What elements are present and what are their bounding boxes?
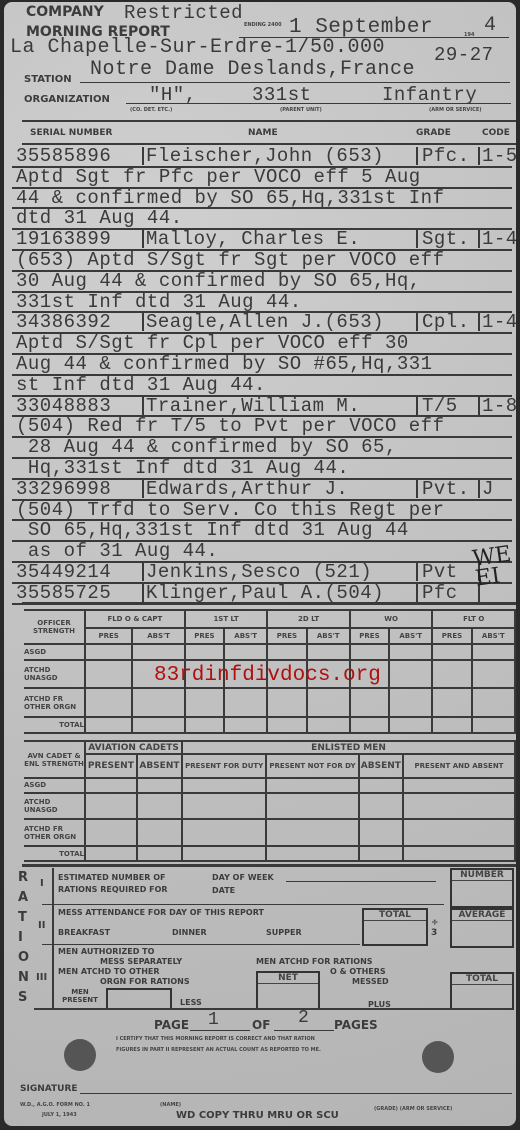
remark-line: Aptd S/Sgt fr Cpl per VOCO eff 30	[12, 332, 512, 355]
col-code: CODE	[482, 128, 510, 138]
grade: Pfc.	[422, 145, 470, 167]
group-1st-lt: 1ST LT	[185, 610, 268, 628]
remark-text: 44 & confirmed by SO 65,Hq,331st Inf	[16, 187, 444, 209]
men-atchd-for-rations-label: MEN ATCHD FOR RATIONS	[256, 957, 373, 966]
ending-label: ENDING 2400	[244, 22, 282, 28]
number-box[interactable]: NUMBER	[450, 868, 514, 908]
section-i: I	[40, 878, 44, 889]
col-name: NAME	[248, 128, 278, 138]
station-label: STATION	[24, 74, 72, 85]
col-absent-enl: ABSENT	[359, 754, 403, 778]
remark-text: as of 31 Aug 44.	[16, 540, 218, 562]
soldier-name: Klinger,Paul A.(504)	[146, 582, 384, 604]
map-coordinates: 29-27	[434, 44, 494, 66]
of-label: OF	[252, 1018, 270, 1032]
remark-text: Aptd S/Sgt fr Cpl per VOCO eff 30	[16, 332, 409, 354]
subcol-abst: ABS'T	[472, 628, 515, 644]
soldier-name: Trainer,William M.	[146, 395, 360, 417]
grade: Pvt.	[422, 478, 470, 500]
average-box[interactable]: AVERAGE	[450, 908, 514, 948]
row-atchd-fr-other: ATCHD FR OTHER ORGN	[24, 688, 85, 717]
group-fld-o-capt: FLD O & CAPT	[85, 610, 185, 628]
col-present: PRESENT	[85, 754, 137, 778]
grade: Cpl.	[422, 311, 470, 333]
supper-label: SUPPER	[266, 928, 302, 937]
men-authorized-label: MEN AUTHORIZED TO	[58, 947, 154, 956]
sublabel-parent: (PARENT UNIT)	[280, 107, 322, 113]
punch-hole-left	[64, 1039, 96, 1071]
remark-line: SO 65,Hq,331st Inf dtd 31 Aug 44	[12, 519, 512, 542]
company-value: Restricted	[124, 2, 243, 24]
mess-attendance-label: MESS ATTENDANCE FOR DAY OF THIS REPORT	[58, 908, 264, 917]
day-of-week-label: DAY OF WEEK	[212, 873, 274, 882]
serial-number: 35585725	[16, 582, 111, 604]
row-asgd: ASGD	[24, 644, 85, 660]
rations-total-box[interactable]: TOTAL	[450, 972, 514, 1010]
enlisted-strength-title: AVN CADET & ENL STRENGTH	[24, 741, 85, 778]
section-iii: III	[36, 972, 47, 983]
remark-line: 44 & confirmed by SO 65,Hq,331st Inf	[12, 187, 512, 210]
signature-label: SIGNATURE	[20, 1084, 78, 1094]
mess-total-box[interactable]: TOTAL	[362, 908, 428, 946]
orgn-for-rations-label: ORGN FOR RATIONS	[100, 977, 190, 986]
date-label: DATE	[212, 886, 235, 895]
code: 1-8	[482, 395, 516, 417]
remark-line: st Inf dtd 31 Aug 44.	[12, 374, 512, 397]
punch-hole-right	[422, 1041, 454, 1073]
grade: Sgt.	[422, 228, 470, 250]
estimated-number-label: ESTIMATED NUMBER OF	[58, 873, 165, 882]
table-row: 19163899Malloy, Charles E.Sgt.1-4	[12, 228, 512, 251]
sublabel-arm: (ARM OR SERVICE)	[429, 107, 482, 113]
dinner-label: DINNER	[172, 928, 207, 937]
subcol-pres: PRES	[185, 628, 224, 644]
remark-line: Aptd Sgt fr Pfc per VOCO eff 5 Aug	[12, 166, 512, 189]
remark-text: Hq,331st Inf dtd 31 Aug 44.	[16, 457, 349, 479]
table-row: 33048883Trainer,William M.T/51-8	[12, 395, 512, 418]
remark-line: dtd 31 Aug 44.	[12, 207, 512, 230]
remark-text: 30 Aug 44 & confirmed by SO 65,Hq,	[16, 270, 421, 292]
remark-line: Aug 44 & confirmed by SO #65,Hq,331	[12, 353, 512, 376]
subcol-pres: PRES	[85, 628, 132, 644]
rations-required-label: RATIONS REQUIRED FOR	[58, 885, 168, 894]
table-row: 33296998Edwards,Arthur J.Pvt.J	[12, 478, 512, 501]
men-present-box[interactable]	[106, 988, 172, 1010]
page-number: 1	[208, 1010, 219, 1030]
grade: Pfc	[422, 582, 458, 604]
table-row: 35449214Jenkins,Sesco (521)Pvt	[12, 561, 512, 584]
wd-copy-label: WD COPY THRU MRU OR SCU	[176, 1110, 339, 1121]
soldier-name: Seagle,Allen J.(653)	[146, 311, 384, 333]
messed-label: MESSED	[352, 977, 389, 986]
remark-text: (504) Trfd to Serv. Co this Regt per	[16, 499, 444, 521]
serial-number: 19163899	[16, 228, 111, 250]
year-value: 4	[484, 14, 497, 37]
serial-number: 33296998	[16, 478, 111, 500]
col-absent: ABSENT	[137, 754, 182, 778]
certify-line-1: I CERTIFY THAT THIS MORNING REPORT IS CO…	[116, 1036, 315, 1042]
subcol-pres: PRES	[350, 628, 389, 644]
remark-line: (653) Aptd S/Sgt fr Sgt per VOCO eff	[12, 249, 512, 272]
mess-separately-label: MESS SEPARATELY	[100, 957, 182, 966]
remark-text: (653) Aptd S/Sgt fr Sgt per VOCO eff	[16, 249, 444, 271]
remark-line: 30 Aug 44 & confirmed by SO 65,Hq,	[12, 270, 512, 293]
net-box[interactable]: NET	[256, 971, 320, 1010]
soldier-name: Fleischer,John (653)	[146, 145, 384, 167]
divide-by-three: ÷ 3	[431, 918, 439, 938]
group-flt-o: FLT O	[432, 610, 515, 628]
watermark: 83rdinfdivdocs.org	[154, 664, 381, 687]
men-present-label: MEN PRESENT	[60, 988, 100, 1004]
grade: T/5	[422, 395, 458, 417]
form-date: JULY 1, 1943	[42, 1112, 77, 1118]
col-grade: GRADE	[416, 128, 451, 138]
remark-line: (504) Red fr T/5 to Pvt per VOCO eff	[12, 415, 512, 438]
serial-number: 35585896	[16, 145, 111, 167]
remark-text: Aug 44 & confirmed by SO #65,Hq,331	[16, 353, 433, 375]
code: 1-4	[482, 228, 516, 250]
subcol-abst: ABS'T	[307, 628, 350, 644]
col-serial-number: SERIAL NUMBER	[30, 128, 112, 138]
code: 1-5	[482, 145, 516, 167]
breakfast-label: BREAKFAST	[58, 928, 110, 937]
col-present-for-duty: PRESENT FOR DUTY	[182, 754, 266, 778]
serial-number: 33048883	[16, 395, 111, 417]
enlisted-strength-grid: AVN CADET & ENL STRENGTH AVIATION CADETS…	[24, 740, 516, 862]
subcol-abst: ABS'T	[224, 628, 267, 644]
row-atchd-unasgd: ATCHD UNASGD	[24, 660, 85, 689]
subcol-abst: ABS'T	[389, 628, 432, 644]
remark-line: as of 31 Aug 44.	[12, 540, 512, 563]
enlisted-men-label: ENLISTED MEN	[182, 741, 515, 754]
remark-line: (504) Trfd to Serv. Co this Regt per	[12, 499, 512, 522]
pages-label: PAGES	[334, 1018, 378, 1032]
signature-line[interactable]	[80, 1093, 512, 1094]
page-label: PAGE	[154, 1018, 189, 1032]
section-ii: II	[38, 920, 45, 931]
subcol-abst: ABS'T	[132, 628, 184, 644]
table-row: 34386392Seagle,Allen J.(653)Cpl.1-4	[12, 311, 512, 334]
code: 1-4	[482, 311, 516, 333]
organization-label: ORGANIZATION	[24, 94, 110, 105]
less-label: LESS	[180, 998, 202, 1007]
soldier-name: Malloy, Charles E.	[146, 228, 360, 250]
handwritten-note: WE EI	[471, 544, 516, 589]
morning-report-form: COMPANY Restricted MORNING REPORT ENDING…	[4, 2, 516, 1126]
soldier-name: Jenkins,Sesco (521)	[146, 561, 372, 583]
group-2d-lt: 2D LT	[267, 610, 350, 628]
soldier-name: Edwards,Arthur J.	[146, 478, 348, 500]
company-label: COMPANY	[26, 4, 104, 20]
subcol-pres: PRES	[432, 628, 471, 644]
remark-text: dtd 31 Aug 44.	[16, 207, 183, 229]
remark-text: 28 Aug 44 & confirmed by SO 65,	[16, 436, 397, 458]
men-atchd-other-label: MEN ATCHD TO OTHER	[58, 967, 160, 976]
col-present-and-absent: PRESENT AND ABSENT	[403, 754, 515, 778]
row-asgd: ASGD	[24, 778, 85, 793]
group-wo: WO	[350, 610, 433, 628]
officer-strength-title: OFFICER STRENGTH	[24, 610, 85, 644]
grade: Pvt	[422, 561, 458, 583]
total-pages: 2	[298, 1008, 309, 1028]
sublabel-co: (CO. DET. ETC.)	[130, 107, 172, 113]
remark-text: 331st Inf dtd 31 Aug 44.	[16, 291, 302, 313]
subcol-pres: PRES	[267, 628, 306, 644]
certify-line-2: FIGURES IN PART II REPRESENT AN ACTUAL C…	[116, 1047, 321, 1053]
remark-line: Hq,331st Inf dtd 31 Aug 44.	[12, 457, 512, 480]
o-and-others-label: O & OTHERS	[330, 967, 386, 976]
code: J	[482, 478, 494, 500]
row-atchd-unasgd: ATCHD UNASGD	[24, 793, 85, 820]
table-row: 35585896Fleischer,John (653)Pfc.1-5	[12, 145, 512, 168]
remark-text: (504) Red fr T/5 to Pvt per VOCO eff	[16, 415, 444, 437]
map-reference: La Chapelle-Sur-Erdre-1/50.000	[10, 36, 385, 59]
grade-arm-label: (GRADE) (ARM OR SERVICE)	[374, 1106, 452, 1112]
aviation-cadets-label: AVIATION CADETS	[85, 741, 182, 754]
row-total: TOTAL	[24, 717, 85, 733]
remark-text: Aptd Sgt fr Pfc per VOCO eff 5 Aug	[16, 166, 421, 188]
remark-text: SO 65,Hq,331st Inf dtd 31 Aug 44	[16, 519, 409, 541]
station-value: Notre Dame Deslands,France	[90, 58, 415, 81]
rations-side-label: RATIONS	[18, 868, 30, 1008]
serial-number: 35449214	[16, 561, 111, 583]
remark-line: 331st Inf dtd 31 Aug 44.	[12, 291, 512, 314]
name-label: (NAME)	[160, 1102, 181, 1108]
remark-text: st Inf dtd 31 Aug 44.	[16, 374, 266, 396]
col-present-not-for-dy: PRESENT NOT FOR DY	[266, 754, 359, 778]
remark-line: 28 Aug 44 & confirmed by SO 65,	[12, 436, 512, 459]
row-total: TOTAL	[24, 846, 85, 861]
row-atchd-fr-other: ATCHD FR OTHER ORGN	[24, 819, 85, 846]
form-number: W.D., A.G.O. FORM NO. 1	[20, 1102, 90, 1108]
year-prefix: 194	[464, 32, 474, 38]
serial-number: 34386392	[16, 311, 111, 333]
